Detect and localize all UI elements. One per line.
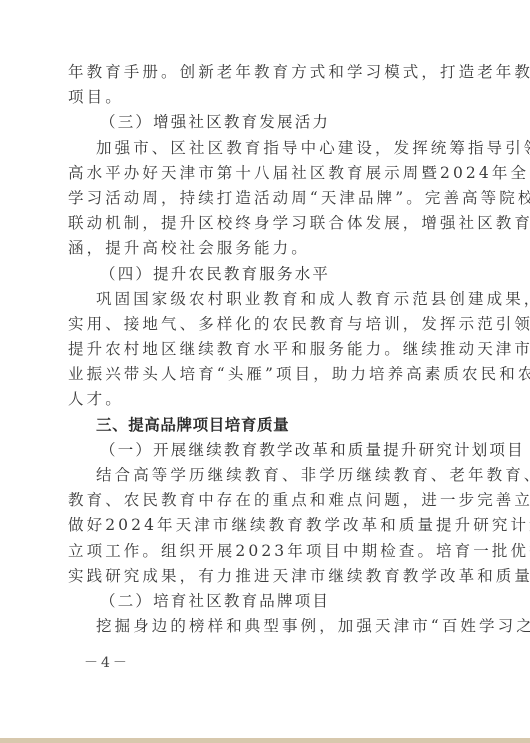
paragraph-line: 年教育手册。创新老年教育方式和学习模式，打造老年教育品牌 (68, 60, 464, 85)
section-heading-brand-projects: 三、提高品牌项目培育质量 (68, 413, 464, 438)
page-number: －4－ (84, 652, 130, 672)
paragraph-line: 提升农村地区继续教育水平和服务能力。继续推动天津市乡村产 (68, 337, 464, 362)
paragraph-line: 巩固国家级农村职业教育和成人教育示范县创建成果，开展 (68, 287, 464, 312)
document-page: 年教育手册。创新老年教育方式和学习模式，打造老年教育品牌 项目。 （三）增强社区… (0, 0, 530, 738)
paragraph-line: 项目。 (68, 85, 464, 110)
paragraph-line: 挖掘身边的榜样和典型事例，加强天津市“百姓学习之星”和 (68, 614, 464, 639)
paragraph-line: 立项工作。组织开展2023年项目中期检查。培育一批优秀理论和 (68, 539, 464, 564)
page-bottom-edge (0, 738, 530, 743)
subheading-teaching-reform: （一）开展继续教育教学改革和质量提升研究计划项目 (68, 438, 464, 463)
paragraph-line: 涵，提升高校社会服务能力。 (68, 236, 464, 261)
paragraph-line: 联动机制，提升区校终身学习联合体发展，增强社区教育发展内 (68, 211, 464, 236)
paragraph-line: 做好2024年天津市继续教育教学改革和质量提升研究计划项目 (68, 513, 464, 538)
paragraph-line: 高水平办好天津市第十八届社区教育展示周暨2024年全民终身 (68, 161, 464, 186)
subheading-farmer-education: （四）提升农民教育服务水平 (68, 262, 464, 287)
paragraph-line: 人才。 (68, 387, 464, 412)
subheading-community-brand: （二）培育社区教育品牌项目 (68, 589, 464, 614)
subheading-community-education: （三）增强社区教育发展活力 (68, 110, 464, 135)
paragraph-line: 加强市、区社区教育指导中心建设，发挥统筹指导引领作用。 (68, 136, 464, 161)
paragraph-line: 结合高等学历继续教育、非学历继续教育、老年教育、社区 (68, 463, 464, 488)
paragraph-line: 实用、接地气、多样化的农民教育与培训，发挥示范引领作用， (68, 312, 464, 337)
paragraph-line: 教育、农民教育中存在的重点和难点问题，进一步完善立项指南， (68, 488, 464, 513)
paragraph-line: 实践研究成果，有力推进天津市继续教育教学改革和质量提升。 (68, 564, 464, 589)
paragraph-line: 学习活动周，持续打造活动周“天津品牌”。完善高等院校与区域 (68, 186, 464, 211)
paragraph-line: 业振兴带头人培育“头雁”项目，助力培养高素质农民和农村实用 (68, 362, 464, 387)
document-body: 年教育手册。创新老年教育方式和学习模式，打造老年教育品牌 项目。 （三）增强社区… (68, 60, 464, 639)
